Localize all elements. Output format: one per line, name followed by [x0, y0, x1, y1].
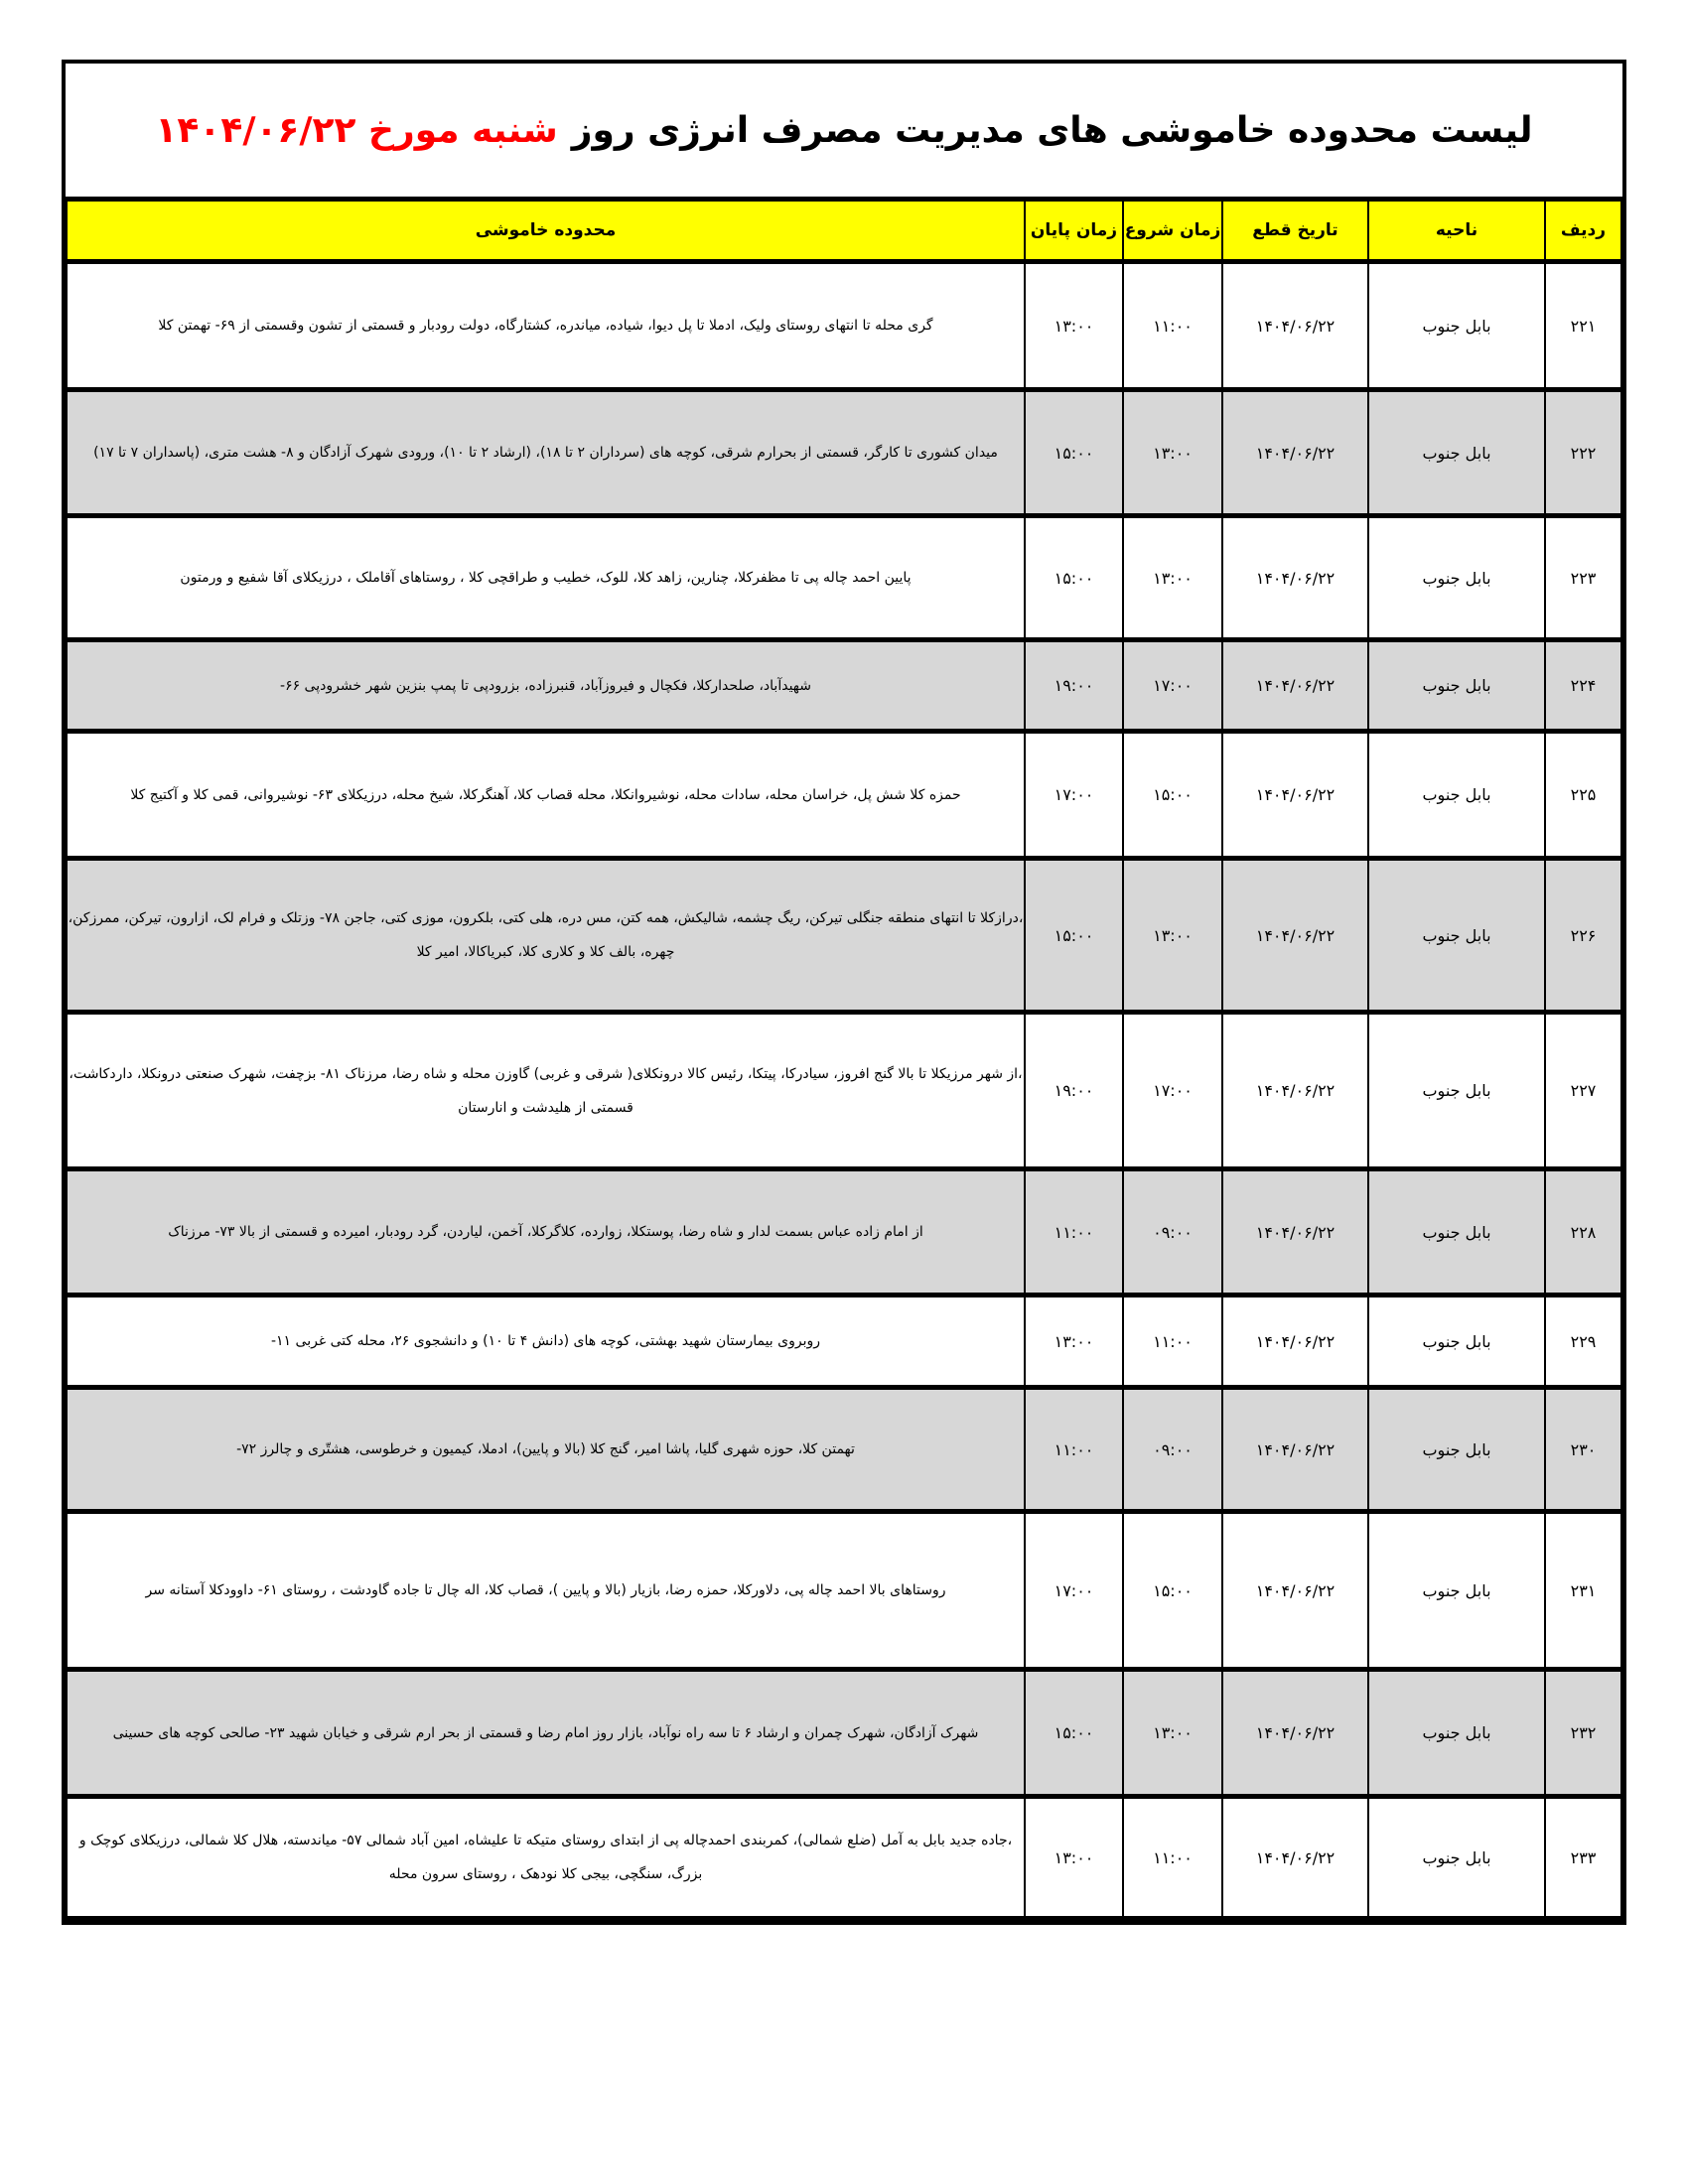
cell-start-time: ۰۹:۰۰ — [1123, 1388, 1222, 1512]
cell-row-number: ۲۲۸ — [1545, 1169, 1621, 1296]
table-row: ۲۲۵ بابل جنوب ۱۴۰۴/۰۶/۲۲ ۱۵:۰۰ ۱۷:۰۰ حمز… — [67, 732, 1621, 859]
cell-end-time: ۱۵:۰۰ — [1025, 516, 1123, 640]
cell-area: بابل جنوب — [1368, 1013, 1545, 1169]
cell-area: بابل جنوب — [1368, 1169, 1545, 1296]
cell-end-time: ۱۷:۰۰ — [1025, 1512, 1123, 1670]
cell-cut-date: ۱۴۰۴/۰۶/۲۲ — [1222, 640, 1368, 732]
cell-row-number: ۲۳۲ — [1545, 1670, 1621, 1797]
cell-cut-date: ۱۴۰۴/۰۶/۲۲ — [1222, 1169, 1368, 1296]
cell-cut-date: ۱۴۰۴/۰۶/۲۲ — [1222, 1013, 1368, 1169]
cell-outage-range: شهرک آزادگان، شهرک چمران و ارشاد ۶ تا سه… — [67, 1670, 1025, 1797]
cell-area: بابل جنوب — [1368, 390, 1545, 516]
table-row: ۲۳۲ بابل جنوب ۱۴۰۴/۰۶/۲۲ ۱۳:۰۰ ۱۵:۰۰ شهر… — [67, 1670, 1621, 1797]
cell-start-time: ۱۳:۰۰ — [1123, 390, 1222, 516]
cell-end-time: ۱۳:۰۰ — [1025, 1797, 1123, 1919]
table-row: ۲۲۱ بابل جنوب ۱۴۰۴/۰۶/۲۲ ۱۱:۰۰ ۱۳:۰۰ گری… — [67, 262, 1621, 390]
table-row: ۲۳۳ بابل جنوب ۱۴۰۴/۰۶/۲۲ ۱۱:۰۰ ۱۳:۰۰ ،جا… — [67, 1797, 1621, 1919]
cell-row-number: ۲۲۳ — [1545, 516, 1621, 640]
cell-cut-date: ۱۴۰۴/۰۶/۲۲ — [1222, 1670, 1368, 1797]
table-row: ۲۲۹ بابل جنوب ۱۴۰۴/۰۶/۲۲ ۱۱:۰۰ ۱۳:۰۰ روب… — [67, 1296, 1621, 1388]
cell-cut-date: ۱۴۰۴/۰۶/۲۲ — [1222, 732, 1368, 859]
cell-row-number: ۲۳۰ — [1545, 1388, 1621, 1512]
cell-cut-date: ۱۴۰۴/۰۶/۲۲ — [1222, 516, 1368, 640]
cell-start-time: ۱۳:۰۰ — [1123, 516, 1222, 640]
table-row: ۲۲۲ بابل جنوب ۱۴۰۴/۰۶/۲۲ ۱۳:۰۰ ۱۵:۰۰ مید… — [67, 390, 1621, 516]
page-title-date: شنبه مورخ ۱۴۰۴/۰۶/۲۲ — [155, 110, 557, 151]
cell-start-time: ۱۳:۰۰ — [1123, 859, 1222, 1013]
cell-outage-range: پایین احمد چاله پی تا مظفرکلا، چنارین، ز… — [67, 516, 1025, 640]
cell-cut-date: ۱۴۰۴/۰۶/۲۲ — [1222, 390, 1368, 516]
header-start-time: زمان شروع — [1123, 200, 1222, 262]
cell-row-number: ۲۲۲ — [1545, 390, 1621, 516]
cell-end-time: ۱۹:۰۰ — [1025, 640, 1123, 732]
header-row-number: ردیف — [1545, 200, 1621, 262]
cell-area: بابل جنوب — [1368, 516, 1545, 640]
page-title-text: لیست محدوده خاموشی های مدیریت مصرف انرژی… — [572, 110, 1533, 151]
cell-area: بابل جنوب — [1368, 1797, 1545, 1919]
cell-start-time: ۱۵:۰۰ — [1123, 732, 1222, 859]
cell-start-time: ۱۱:۰۰ — [1123, 262, 1222, 390]
header-row: ردیف ناحیه تاریخ قطع زمان شروع زمان پایا… — [67, 200, 1621, 262]
cell-row-number: ۲۲۴ — [1545, 640, 1621, 732]
cell-row-number: ۲۲۷ — [1545, 1013, 1621, 1169]
header-end-time: زمان پایان — [1025, 200, 1123, 262]
cell-area: بابل جنوب — [1368, 1670, 1545, 1797]
cell-cut-date: ۱۴۰۴/۰۶/۲۲ — [1222, 859, 1368, 1013]
cell-outage-range: روبروی بیمارستان شهید بهشتی، کوچه های (د… — [67, 1296, 1025, 1388]
cell-start-time: ۱۱:۰۰ — [1123, 1296, 1222, 1388]
cell-row-number: ۲۲۱ — [1545, 262, 1621, 390]
table-row: ۲۳۱ بابل جنوب ۱۴۰۴/۰۶/۲۲ ۱۵:۰۰ ۱۷:۰۰ روس… — [67, 1512, 1621, 1670]
cell-cut-date: ۱۴۰۴/۰۶/۲۲ — [1222, 1388, 1368, 1512]
cell-area: بابل جنوب — [1368, 1296, 1545, 1388]
cell-end-time: ۱۷:۰۰ — [1025, 732, 1123, 859]
outage-table: ردیف ناحیه تاریخ قطع زمان شروع زمان پایا… — [66, 197, 1622, 1921]
cell-outage-range: ،از شهر مرزیکلا تا بالا گنج افروز، سیادر… — [67, 1013, 1025, 1169]
cell-area: بابل جنوب — [1368, 732, 1545, 859]
table-row: ۲۳۰ بابل جنوب ۱۴۰۴/۰۶/۲۲ ۰۹:۰۰ ۱۱:۰۰ تهم… — [67, 1388, 1621, 1512]
cell-end-time: ۱۹:۰۰ — [1025, 1013, 1123, 1169]
page-title: لیست محدوده خاموشی های مدیریت مصرف انرژی… — [66, 64, 1622, 197]
outage-schedule-sheet: لیست محدوده خاموشی های مدیریت مصرف انرژی… — [62, 60, 1626, 1925]
cell-area: بابل جنوب — [1368, 262, 1545, 390]
cell-start-time: ۱۷:۰۰ — [1123, 1013, 1222, 1169]
cell-end-time: ۱۱:۰۰ — [1025, 1169, 1123, 1296]
cell-outage-range: ،درازکلا تا انتهای منطقه جنگلی تیرکن، ری… — [67, 859, 1025, 1013]
cell-row-number: ۲۳۳ — [1545, 1797, 1621, 1919]
header-area: ناحیه — [1368, 200, 1545, 262]
cell-cut-date: ۱۴۰۴/۰۶/۲۲ — [1222, 1296, 1368, 1388]
table-row: ۲۲۷ بابل جنوب ۱۴۰۴/۰۶/۲۲ ۱۷:۰۰ ۱۹:۰۰ ،از… — [67, 1013, 1621, 1169]
cell-cut-date: ۱۴۰۴/۰۶/۲۲ — [1222, 1512, 1368, 1670]
cell-row-number: ۲۲۶ — [1545, 859, 1621, 1013]
header-outage-range: محدوده خاموشی — [67, 200, 1025, 262]
cell-cut-date: ۱۴۰۴/۰۶/۲۲ — [1222, 1797, 1368, 1919]
cell-end-time: ۱۱:۰۰ — [1025, 1388, 1123, 1512]
cell-start-time: ۱۷:۰۰ — [1123, 640, 1222, 732]
table-row: ۲۲۳ بابل جنوب ۱۴۰۴/۰۶/۲۲ ۱۳:۰۰ ۱۵:۰۰ پای… — [67, 516, 1621, 640]
cell-end-time: ۱۳:۰۰ — [1025, 262, 1123, 390]
cell-start-time: ۱۱:۰۰ — [1123, 1797, 1222, 1919]
cell-row-number: ۲۲۵ — [1545, 732, 1621, 859]
cell-area: بابل جنوب — [1368, 859, 1545, 1013]
cell-outage-range: گری محله تا انتهای روستای ولیک، ادملا تا… — [67, 262, 1025, 390]
cell-outage-range: میدان کشوری تا کارگر، قسمتی از بحرارم شر… — [67, 390, 1025, 516]
cell-end-time: ۱۳:۰۰ — [1025, 1296, 1123, 1388]
cell-row-number: ۲۲۹ — [1545, 1296, 1621, 1388]
cell-start-time: ۱۵:۰۰ — [1123, 1512, 1222, 1670]
cell-start-time: ۱۳:۰۰ — [1123, 1670, 1222, 1797]
cell-outage-range: از امام زاده عباس بسمت لدار و شاه رضا، پ… — [67, 1169, 1025, 1296]
cell-row-number: ۲۳۱ — [1545, 1512, 1621, 1670]
table-row: ۲۲۶ بابل جنوب ۱۴۰۴/۰۶/۲۲ ۱۳:۰۰ ۱۵:۰۰ ،در… — [67, 859, 1621, 1013]
cell-outage-range: شهیدآباد، صلحدارکلا، فکچال و فیروزآباد، … — [67, 640, 1025, 732]
table-row: ۲۲۸ بابل جنوب ۱۴۰۴/۰۶/۲۲ ۰۹:۰۰ ۱۱:۰۰ از … — [67, 1169, 1621, 1296]
cell-outage-range: حمزه کلا شش پل، خراسان محله، سادات محله،… — [67, 732, 1025, 859]
cell-end-time: ۱۵:۰۰ — [1025, 859, 1123, 1013]
cell-outage-range: روستاهای بالا احمد چاله پی، دلاورکلا، حم… — [67, 1512, 1025, 1670]
header-cut-date: تاریخ قطع — [1222, 200, 1368, 262]
cell-cut-date: ۱۴۰۴/۰۶/۲۲ — [1222, 262, 1368, 390]
cell-outage-range: تهمتن کلا، حوزه شهری گلیا، پاشا امیر، گن… — [67, 1388, 1025, 1512]
cell-area: بابل جنوب — [1368, 640, 1545, 732]
cell-start-time: ۰۹:۰۰ — [1123, 1169, 1222, 1296]
cell-area: بابل جنوب — [1368, 1512, 1545, 1670]
cell-end-time: ۱۵:۰۰ — [1025, 1670, 1123, 1797]
cell-end-time: ۱۵:۰۰ — [1025, 390, 1123, 516]
cell-area: بابل جنوب — [1368, 1388, 1545, 1512]
cell-outage-range: ،جاده جدید بابل به آمل (ضلع شمالی)، کمرب… — [67, 1797, 1025, 1919]
table-row: ۲۲۴ بابل جنوب ۱۴۰۴/۰۶/۲۲ ۱۷:۰۰ ۱۹:۰۰ شهی… — [67, 640, 1621, 732]
